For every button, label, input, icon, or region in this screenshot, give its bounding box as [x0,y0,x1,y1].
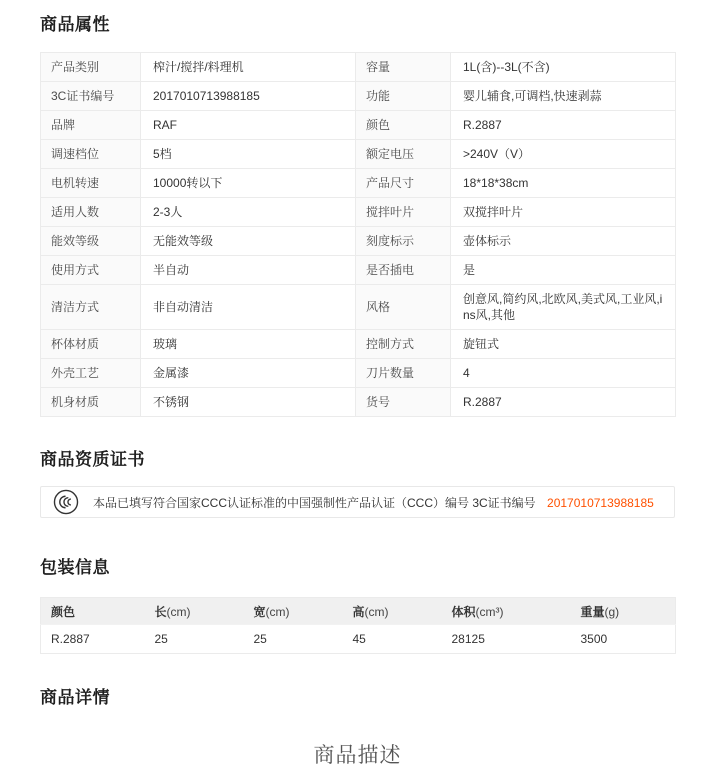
attribute-value: 18*18*38cm [451,169,676,198]
attribute-label: 使用方式 [41,256,141,285]
attribute-label: 产品尺寸 [356,169,451,198]
attribute-value: 旋钮式 [451,330,676,359]
attribute-value: 创意风,简约风,北欧风,美式风,工业风,ins风,其他 [451,285,676,330]
attribute-label: 风格 [356,285,451,330]
attribute-label: 品牌 [41,111,141,140]
attribute-label: 货号 [356,388,451,417]
attribute-row: 3C证书编号2017010713988185功能婴儿辅食,可调档,快速剥蒜 [41,82,676,111]
attributes-table: 产品类别榨汁/搅拌/料理机容量1L(含)--3L(不含)3C证书编号201701… [40,52,676,417]
attribute-row: 机身材质不锈钢货号R.2887 [41,388,676,417]
packaging-column-header: 长(cm) [145,598,244,625]
attribute-label: 调速档位 [41,140,141,169]
attribute-label: 功能 [356,82,451,111]
attribute-label: 控制方式 [356,330,451,359]
packaging-value: 28125 [442,625,571,654]
attribute-value: R.2887 [451,388,676,417]
attribute-row: 适用人数2-3人搅拌叶片双搅拌叶片 [41,198,676,227]
attribute-value: 榨汁/搅拌/料理机 [141,53,356,82]
attribute-row: 产品类别榨汁/搅拌/料理机容量1L(含)--3L(不含) [41,53,676,82]
attribute-row: 清洁方式非自动清洁风格创意风,简约风,北欧风,美式风,工业风,ins风,其他 [41,285,676,330]
attribute-label: 外壳工艺 [41,359,141,388]
certificate-text: 本品已填写符合国家CCC认证标准的中国强制性产品认证（CCC）编号 3C证书编号… [93,494,654,511]
attribute-value: 玻璃 [141,330,356,359]
attribute-row: 品牌RAF颜色R.2887 [41,111,676,140]
attribute-value: 2017010713988185 [141,82,356,111]
packaging-value: 3500 [571,625,676,654]
description-heading: 商品描述 [40,739,675,769]
ccc-certification-icon [53,489,79,515]
attribute-value: 5档 [141,140,356,169]
attribute-value: >240V（V） [451,140,676,169]
attribute-value: 壶体标示 [451,227,676,256]
attribute-row: 调速档位5档额定电压>240V（V） [41,140,676,169]
packaging-section-title: 包装信息 [40,557,675,579]
packaging-column-header: 宽(cm) [244,598,343,625]
attribute-row: 杯体材质玻璃控制方式旋钮式 [41,330,676,359]
packaging-table: 颜色长(cm)宽(cm)高(cm)体积(cm³)重量(g) R.28872525… [40,597,676,654]
certificate-statement: 本品已填写符合国家CCC认证标准的中国强制性产品认证（CCC）编号 3C证书编号 [93,496,536,510]
packaging-column-header: 颜色 [41,598,145,625]
attributes-table-body: 产品类别榨汁/搅拌/料理机容量1L(含)--3L(不含)3C证书编号201701… [41,53,676,417]
detail-section-title: 商品详情 [40,687,675,709]
attribute-value: 是 [451,256,676,285]
attribute-row: 电机转速10000转以下产品尺寸18*18*38cm [41,169,676,198]
packaging-value: R.2887 [41,625,145,654]
packaging-column-header: 体积(cm³) [442,598,571,625]
attribute-label: 刻度标示 [356,227,451,256]
attribute-label: 能效等级 [41,227,141,256]
packaging-header-row: 颜色长(cm)宽(cm)高(cm)体积(cm³)重量(g) [41,598,676,625]
attribute-value: 半自动 [141,256,356,285]
attribute-label: 容量 [356,53,451,82]
attributes-section-title: 商品属性 [40,14,675,36]
attribute-label: 机身材质 [41,388,141,417]
attribute-value: 非自动清洁 [141,285,356,330]
attribute-label: 产品类别 [41,53,141,82]
attribute-value: 1L(含)--3L(不含) [451,53,676,82]
attribute-label: 3C证书编号 [41,82,141,111]
packaging-column-header: 重量(g) [571,598,676,625]
certificate-section-title: 商品资质证书 [40,449,675,471]
packaging-value: 25 [145,625,244,654]
attribute-value: 无能效等级 [141,227,356,256]
attribute-label: 额定电压 [356,140,451,169]
attribute-value: 不锈钢 [141,388,356,417]
attribute-value: R.2887 [451,111,676,140]
attribute-value: 双搅拌叶片 [451,198,676,227]
certificate-number-link[interactable]: 2017010713988185 [547,496,654,510]
attribute-value: RAF [141,111,356,140]
attribute-row: 能效等级无能效等级刻度标示壶体标示 [41,227,676,256]
packaging-value: 45 [343,625,442,654]
certificate-box: 本品已填写符合国家CCC认证标准的中国强制性产品认证（CCC）编号 3C证书编号… [40,486,675,518]
product-detail-page: 商品属性 产品类别榨汁/搅拌/料理机容量1L(含)--3L(不含)3C证书编号2… [0,0,701,769]
packaging-value: 25 [244,625,343,654]
packaging-column-header: 高(cm) [343,598,442,625]
attribute-value: 4 [451,359,676,388]
attribute-value: 金属漆 [141,359,356,388]
attribute-label: 颜色 [356,111,451,140]
attribute-label: 是否插电 [356,256,451,285]
attribute-label: 搅拌叶片 [356,198,451,227]
attribute-row: 使用方式半自动是否插电是 [41,256,676,285]
attribute-label: 清洁方式 [41,285,141,330]
attribute-value: 婴儿辅食,可调档,快速剥蒜 [451,82,676,111]
attribute-value: 10000转以下 [141,169,356,198]
attribute-label: 刀片数量 [356,359,451,388]
attribute-label: 杯体材质 [41,330,141,359]
attribute-value: 2-3人 [141,198,356,227]
packaging-data-row: R.2887252545281253500 [41,625,676,654]
attribute-label: 电机转速 [41,169,141,198]
attribute-label: 适用人数 [41,198,141,227]
attribute-row: 外壳工艺金属漆刀片数量4 [41,359,676,388]
